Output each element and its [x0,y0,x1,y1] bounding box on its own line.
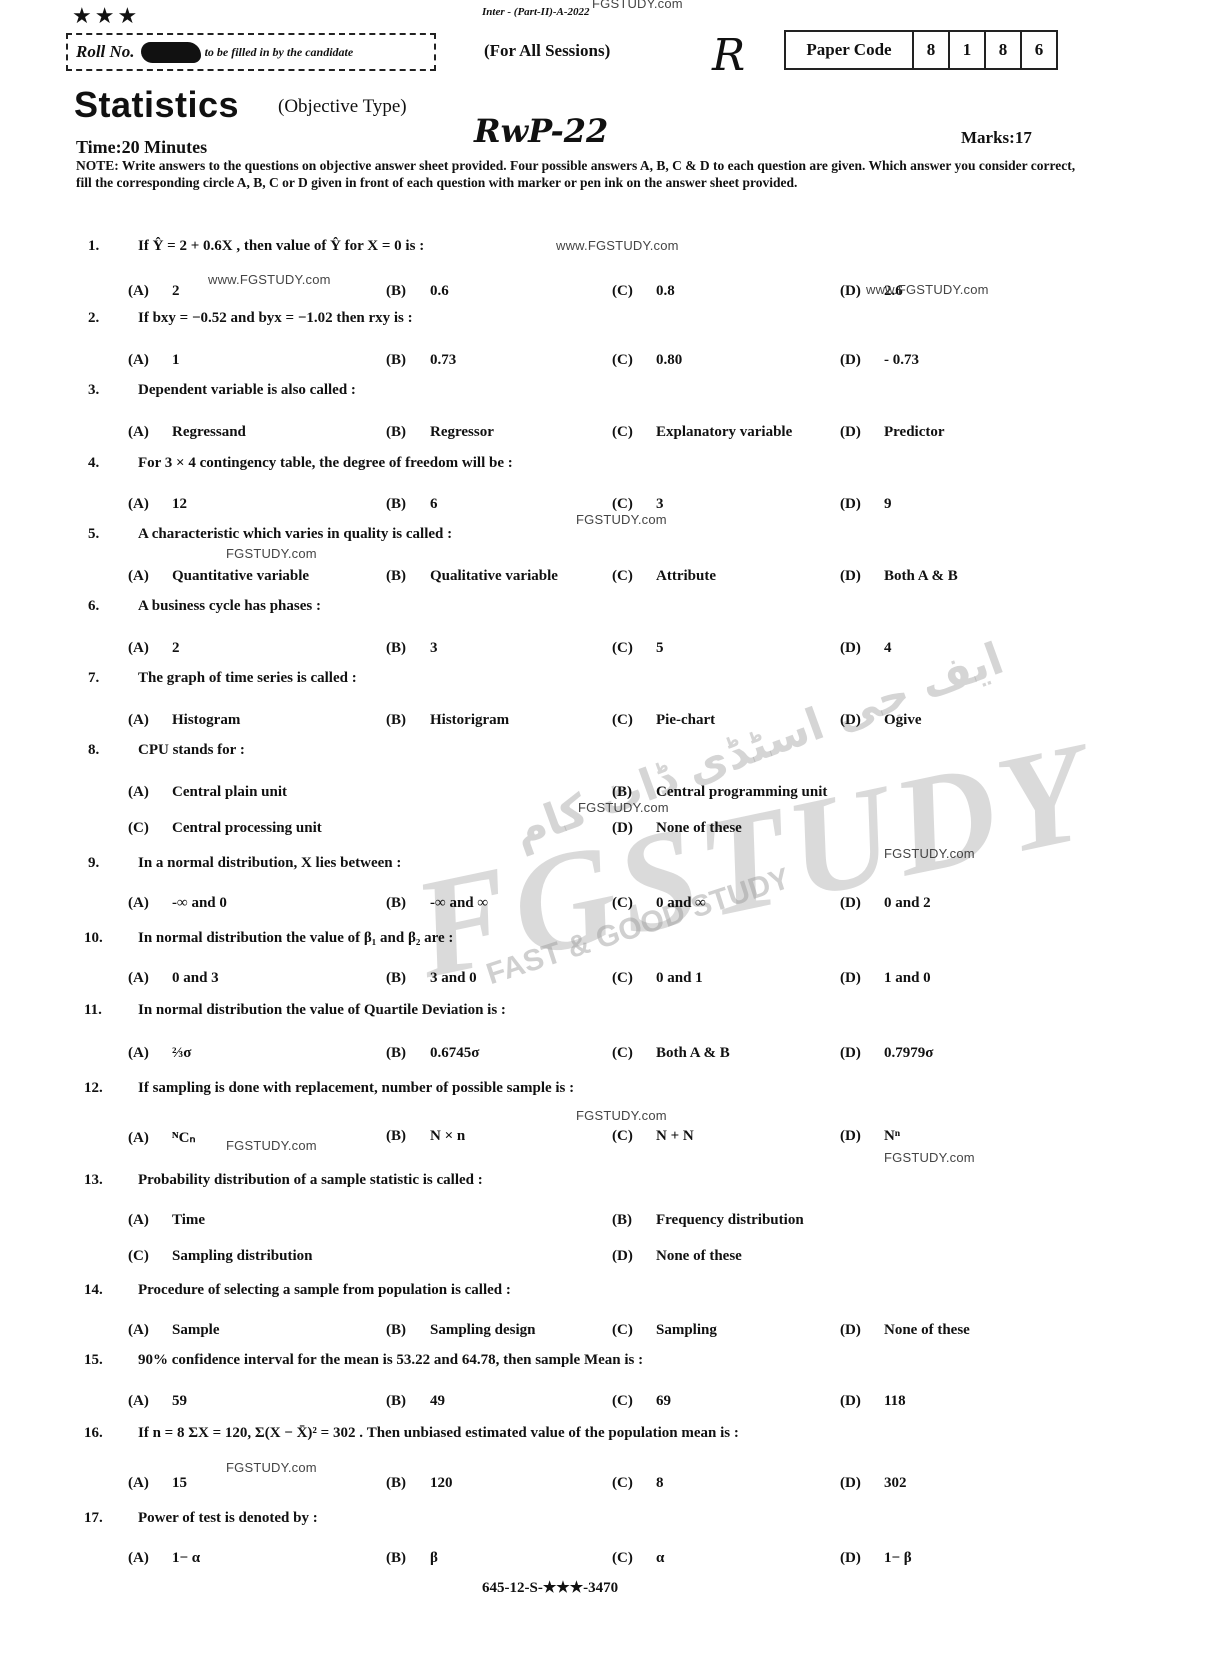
page-title: Statistics [74,84,239,126]
answer-option-d: (D)Both A & B [840,568,958,585]
question-text: Dependent variable is also called : [138,382,356,399]
answer-option-d: (D)None of these [612,820,742,837]
question-text: Probability distribution of a sample sta… [138,1172,483,1189]
question-text: A characteristic which varies in quality… [138,526,452,543]
question-number: 3. [88,382,99,399]
option-text: Attribute [656,568,716,584]
option-letter: (C) [612,1128,656,1145]
option-letter: (B) [386,970,430,987]
answer-option-c: (C)Explanatory variable [612,424,792,441]
answer-option-b: (B)β [386,1550,438,1567]
option-text: N × n [430,1128,465,1144]
answer-option-b: (B)0.6745σ [386,1045,479,1062]
option-letter: (C) [612,895,656,912]
option-text: Both A & B [656,1045,730,1061]
option-letter: (D) [840,424,884,441]
paper-code-digit: 1 [948,32,984,68]
answer-option-a: (A)15 [128,1475,187,1492]
option-letter: (B) [386,568,430,585]
answer-option-d: (D)9 [840,496,892,513]
option-letter: (B) [612,1212,656,1229]
option-text: Both A & B [884,568,958,584]
question-text: The graph of time series is called : [138,670,357,687]
question-number: 11. [84,1002,102,1019]
option-text: Sampling distribution [172,1248,312,1264]
answer-option-a: (A)12 [128,496,187,513]
option-letter: (A) [128,1130,172,1147]
option-text: Qualitative variable [430,568,558,584]
option-letter: (C) [612,496,656,513]
option-text: Sampling [656,1322,717,1338]
option-text: Nⁿ [884,1128,900,1144]
option-letter: (B) [386,496,430,513]
question-number: 16. [84,1425,103,1442]
option-letter: (C) [612,1475,656,1492]
option-text: Central programming unit [656,784,827,800]
option-letter: (C) [612,1550,656,1567]
watermark-url: www.FGSTUDY.com [866,282,989,297]
option-letter: (A) [128,1475,172,1492]
option-text: Histogram [172,712,240,728]
question-number: 6. [88,598,99,615]
option-letter: (A) [128,1322,172,1339]
watermark-url: FGSTUDY.com [226,1460,317,1475]
option-text: Quantitative variable [172,568,309,584]
handwritten-board-code: RwP-22 [474,112,608,150]
answer-option-c: (C)Sampling distribution [128,1248,312,1265]
option-letter: (B) [386,712,430,729]
option-letter: (B) [386,283,430,300]
time-allowed: Time:20 Minutes [76,137,207,158]
answer-option-c: (C)Sampling [612,1322,717,1339]
option-text: ⅔σ [172,1045,191,1061]
answer-option-d: (D)None of these [612,1248,742,1265]
exam-code: Inter - (Part-II)-A-2022 [482,6,590,18]
answer-option-b: (B)0.6 [386,283,449,300]
answer-option-b: (B)120 [386,1475,453,1492]
sessions-label: (For All Sessions) [484,41,610,61]
watermark-urdu: ایف جی اسٹڈی ڈاٹ کام [507,633,1010,858]
answer-option-c: (C)69 [612,1393,671,1410]
answer-option-a: (A)2 [128,640,180,657]
option-text: Central plain unit [172,784,287,800]
option-letter: (C) [612,1322,656,1339]
option-letter: (B) [386,1322,430,1339]
option-text: 5 [656,640,664,656]
question-text: In normal distribution the value of β₁ a… [138,930,453,947]
option-text: Regressand [172,424,246,440]
answer-option-b: (B)Regressor [386,424,494,441]
option-text: Predictor [884,424,945,440]
option-letter: (C) [612,1393,656,1410]
question-text: If bxy = −0.52 and byx = −1.02 then rxy … [138,310,413,327]
option-text: - 0.73 [884,352,919,368]
answer-option-d: (D)Nⁿ [840,1128,900,1145]
answer-option-c: (C)8 [612,1475,664,1492]
question-number: 15. [84,1352,103,1369]
option-letter: (B) [386,1550,430,1567]
answer-option-d: (D)1− β [840,1550,912,1567]
answer-option-c: (C)Central processing unit [128,820,322,837]
option-letter: (A) [128,784,172,801]
option-letter: (D) [612,1248,656,1265]
option-letter: (A) [128,1045,172,1062]
answer-option-a: (A)Sample [128,1322,220,1339]
option-text: 1 and 0 [884,970,931,986]
option-letter: (B) [386,424,430,441]
option-text: 302 [884,1475,907,1491]
question-number: 2. [88,310,99,327]
option-letter: (C) [128,1248,172,1265]
subject-type: (Objective Type) [278,96,407,118]
answer-option-d: (D)Predictor [840,424,945,441]
answer-option-c: (C)0 and ∞ [612,895,706,912]
option-letter: (D) [840,1322,884,1339]
watermark-brand: FGSTUDY [401,710,1107,1010]
option-text: Frequency distribution [656,1212,804,1228]
option-letter: (D) [840,712,884,729]
option-text: Explanatory variable [656,424,792,440]
option-text: 9 [884,496,892,512]
answer-option-b: (B)3 [386,640,438,657]
total-marks: Marks:17 [961,128,1032,148]
question-number: 5. [88,526,99,543]
question-number: 14. [84,1282,103,1299]
option-text: Sample [172,1322,220,1338]
option-letter: (A) [128,1393,172,1410]
option-text: 2 [172,283,180,299]
option-letter: (A) [128,352,172,369]
option-text: Regressor [430,424,494,440]
option-letter: (D) [612,820,656,837]
option-text: 69 [656,1393,671,1409]
option-text: 59 [172,1393,187,1409]
watermark-url: www.FGSTUDY.com [208,272,331,287]
answer-option-b: (B)6 [386,496,438,513]
answer-option-d: (D)4 [840,640,892,657]
star-rating-icon: ★★★ [72,4,140,29]
option-letter: (C) [612,640,656,657]
option-text: 0.6745σ [430,1045,479,1061]
question-text: CPU stands for : [138,742,245,759]
option-letter: (B) [386,1475,430,1492]
answer-option-b: (B)-∞ and ∞ [386,895,488,912]
answer-option-c: (C)Attribute [612,568,716,585]
option-text: 12 [172,496,187,512]
answer-option-a: (A)2 [128,283,180,300]
option-text: Historigram [430,712,509,728]
answer-option-a: (A)Time [128,1212,205,1229]
answer-option-a: (A)Regressand [128,424,246,441]
answer-option-d: (D)0 and 2 [840,895,931,912]
option-text: α [656,1550,664,1566]
answer-option-a: (A)59 [128,1393,187,1410]
option-letter: (A) [128,1212,172,1229]
option-letter: (A) [128,712,172,729]
watermark-url: FGSTUDY.com [592,0,683,11]
option-text: 120 [430,1475,453,1491]
answer-option-d: (D)Ogive [840,712,922,729]
answer-option-d: (D)1 and 0 [840,970,931,987]
option-text: Sampling design [430,1322,535,1338]
answer-option-b: (B)Historigram [386,712,509,729]
paper-code-box: Paper Code 8 1 8 6 [784,30,1058,70]
option-letter: (D) [840,568,884,585]
option-text: None of these [656,820,742,836]
question-number: 8. [88,742,99,759]
watermark-url: FGSTUDY.com [576,1108,667,1123]
answer-option-d: (D)- 0.73 [840,352,919,369]
question-text: If n = 8 ΣX = 120, Σ(X − X̄)² = 302 . Th… [138,1425,739,1442]
option-letter: (C) [612,352,656,369]
question-text: A business cycle has phases : [138,598,321,615]
option-text: 0.6 [430,283,449,299]
answer-option-b: (B)0.73 [386,352,456,369]
option-text: 0 and 3 [172,970,219,986]
option-text: None of these [884,1322,970,1338]
option-text: 3 [656,496,664,512]
option-letter: (B) [386,1128,430,1145]
option-letter: (D) [840,1045,884,1062]
question-number: 9. [88,855,99,872]
footer-code: 645-12-S-★★★-3470 [482,1578,618,1597]
option-text: 2 [172,640,180,656]
answer-option-c: (C)Both A & B [612,1045,730,1062]
option-letter: (A) [128,283,172,300]
answer-option-b: (B)Qualitative variable [386,568,558,585]
answer-option-c: (C)0 and 1 [612,970,703,987]
option-text: 0 and 1 [656,970,703,986]
option-letter: (D) [840,496,884,513]
option-text: 6 [430,496,438,512]
handwritten-mark: R [712,30,745,81]
option-letter: (D) [840,640,884,657]
option-text: 4 [884,640,892,656]
option-letter: (D) [840,1128,884,1145]
question-text: Power of test is denoted by : [138,1510,318,1527]
option-letter: (B) [386,895,430,912]
answer-option-d: (D)0.7979σ [840,1045,933,1062]
question-number: 17. [84,1510,103,1527]
option-text: 1− α [172,1550,200,1566]
option-text: 1− β [884,1550,912,1566]
roll-number-box: Roll No. to be filled in by the candidat… [66,33,436,71]
answer-option-b: (B)Sampling design [386,1322,535,1339]
option-text: β [430,1550,438,1566]
answer-option-b: (B)N × n [386,1128,465,1145]
option-text: Ogive [884,712,922,728]
answer-option-c: (C)N + N [612,1128,694,1145]
roll-hint: to be filled in by the candidate [205,45,354,60]
watermark-url: FGSTUDY.com [884,1150,975,1165]
option-letter: (A) [128,640,172,657]
option-letter: (B) [386,352,430,369]
option-letter: (A) [128,496,172,513]
watermark-url: www.FGSTUDY.com [556,238,679,253]
option-letter: (A) [128,1550,172,1567]
answer-option-a: (A)Central plain unit [128,784,287,801]
option-text: 0 and ∞ [656,895,706,911]
answer-option-c: (C)0.8 [612,283,675,300]
answer-option-a: (A)⅔σ [128,1045,191,1062]
paper-code-digit: 8 [984,32,1020,68]
answer-option-a: (A)1 [128,352,180,369]
instructions-note: NOTE: Write answers to the questions on … [76,157,1076,191]
watermark-url: FGSTUDY.com [226,1138,317,1153]
option-letter: (C) [128,820,172,837]
option-text: 49 [430,1393,445,1409]
answer-option-a: (A)ᴺCₙ [128,1128,195,1147]
option-letter: (C) [612,424,656,441]
question-number: 10. [84,930,103,947]
option-letter: (A) [128,895,172,912]
option-text: 0.8 [656,283,675,299]
option-text: 3 and 0 [430,970,477,986]
option-text: 1 [172,352,180,368]
answer-option-d: (D)118 [840,1393,906,1410]
option-letter: (D) [840,895,884,912]
watermark-url: FGSTUDY.com [226,546,317,561]
answer-option-c: (C)α [612,1550,664,1567]
option-letter: (B) [386,1393,430,1410]
option-text: ᴺCₙ [172,1130,195,1146]
option-letter: (D) [840,1393,884,1410]
option-letter: (D) [840,1475,884,1492]
question-number: 12. [84,1080,103,1097]
option-text: N + N [656,1128,694,1144]
question-text: Procedure of selecting a sample from pop… [138,1282,511,1299]
question-text: 90% confidence interval for the mean is … [138,1352,643,1369]
answer-option-c: (C)3 [612,496,664,513]
answer-option-a: (A)Histogram [128,712,240,729]
option-text: 0.73 [430,352,456,368]
option-letter: (C) [612,568,656,585]
watermark-url: FGSTUDY.com [576,512,667,527]
paper-code-digit: 8 [912,32,948,68]
option-text: None of these [656,1248,742,1264]
question-text: If Ŷ = 2 + 0.6X , then value of Ŷ for X … [138,238,424,255]
option-letter: (A) [128,424,172,441]
answer-option-a: (A)-∞ and 0 [128,895,227,912]
option-text: 15 [172,1475,187,1491]
option-text: 0.80 [656,352,682,368]
option-text: Central processing unit [172,820,322,836]
answer-option-b: (B)Frequency distribution [612,1212,804,1229]
option-letter: (B) [386,640,430,657]
option-letter: (A) [128,568,172,585]
option-letter: (D) [840,970,884,987]
option-letter: (C) [612,1045,656,1062]
answer-option-a: (A)1− α [128,1550,200,1567]
option-letter: (D) [840,352,884,369]
option-letter: (C) [612,970,656,987]
option-letter: (C) [612,712,656,729]
answer-option-c: (C)Pie-chart [612,712,715,729]
answer-option-c: (C)5 [612,640,664,657]
question-number: 1. [88,238,99,255]
answer-option-b: (B)3 and 0 [386,970,477,987]
paper-code-digit: 6 [1020,32,1056,68]
option-text: -∞ and ∞ [430,895,488,911]
paper-code-label: Paper Code [786,32,912,68]
option-letter: (B) [386,1045,430,1062]
roll-number-redacted [141,42,201,63]
option-text: Pie-chart [656,712,715,728]
roll-label: Roll No. [76,42,135,62]
answer-option-d: (D)None of these [840,1322,970,1339]
watermark-url: FGSTUDY.com [578,800,669,815]
option-text: -∞ and 0 [172,895,227,911]
option-text: 3 [430,640,438,656]
answer-option-a: (A)0 and 3 [128,970,219,987]
answer-option-a: (A)Quantitative variable [128,568,309,585]
answer-option-c: (C)0.80 [612,352,682,369]
option-text: 8 [656,1475,664,1491]
question-text: For 3 × 4 contingency table, the degree … [138,455,513,472]
answer-option-d: (D)302 [840,1475,907,1492]
question-text: If sampling is done with replacement, nu… [138,1080,574,1097]
answer-option-b: (B)49 [386,1393,445,1410]
answer-option-b: (B)Central programming unit [612,784,827,801]
option-letter: (D) [840,1550,884,1567]
option-text: 0.7979σ [884,1045,933,1061]
question-text: In normal distribution the value of Quar… [138,1002,506,1019]
option-letter: (C) [612,283,656,300]
question-text: In a normal distribution, X lies between… [138,855,401,872]
option-text: Time [172,1212,205,1228]
watermark-url: FGSTUDY.com [884,846,975,861]
option-letter: (B) [612,784,656,801]
question-number: 13. [84,1172,103,1189]
option-text: 118 [884,1393,906,1409]
option-text: 0 and 2 [884,895,931,911]
question-number: 4. [88,455,99,472]
option-letter: (A) [128,970,172,987]
question-number: 7. [88,670,99,687]
